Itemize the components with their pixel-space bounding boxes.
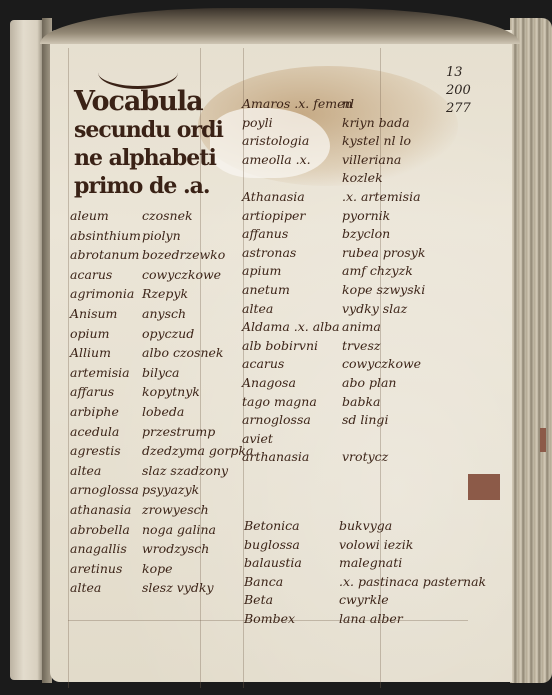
vernacular-gloss: .x. pastinaca pasternak (339, 574, 486, 589)
heading-line: ne alphabeti (74, 144, 223, 172)
ruling-line (68, 48, 69, 688)
latin-term: affarus (70, 384, 114, 399)
vernacular-gloss: anysch (142, 306, 186, 321)
top-curled-edge (40, 8, 520, 44)
vernacular-gloss: anima (342, 319, 381, 334)
latin-term: altea (70, 463, 101, 478)
latin-term: opium (70, 326, 109, 341)
latin-term: balaustia (244, 555, 302, 570)
vernacular-gloss: bzyclon (342, 226, 390, 241)
latin-term: athanasia (70, 502, 131, 517)
vernacular-gloss: przestrump (142, 424, 215, 439)
latin-term: arnoglossa (70, 482, 139, 497)
latin-term: agrestis (70, 443, 121, 458)
vernacular-gloss: cowyczkowe (342, 356, 421, 371)
folio-number: 277 (446, 100, 471, 118)
vernacular-gloss: slesz vydky (142, 580, 214, 595)
latin-term: aleum (70, 208, 109, 223)
vernacular-gloss: nl (342, 96, 354, 111)
vernacular-gloss: slaz szadzony (142, 463, 228, 478)
heading-line: secundu ordi (74, 116, 223, 144)
vernacular-gloss: volowi iezik (339, 537, 413, 552)
latin-term: acarus (70, 267, 112, 282)
vernacular-gloss: sd lingi (342, 412, 388, 427)
latin-term: anetum (242, 282, 290, 297)
vernacular-gloss: rubea prosyk (342, 245, 425, 260)
latin-term: artiopiper (242, 208, 305, 223)
vernacular-gloss: psyyazyk (142, 482, 199, 497)
vernacular-gloss: vrotycz (342, 449, 388, 464)
latin-term: Amaros .x. femen (242, 96, 353, 111)
fore-edge-leaves (510, 18, 552, 683)
latin-term: Athanasia (242, 189, 305, 204)
vernacular-gloss: pyornik (342, 208, 390, 223)
vernacular-gloss: amf chzyzk (342, 263, 413, 278)
leaf-marker (540, 428, 546, 452)
vernacular-gloss: lobeda (142, 404, 184, 419)
latin-term: Anisum (70, 306, 117, 321)
vernacular-gloss: cwyrkle (339, 592, 389, 607)
latin-term: Bombex (244, 611, 295, 626)
latin-term: aristologia (242, 133, 309, 148)
latin-term: acarus (242, 356, 284, 371)
manuscript-photo: Vocabula secundu ordi ne alphabeti primo… (10, 8, 552, 688)
vernacular-gloss: villeriana (342, 152, 401, 167)
vernacular-gloss: .x. artemisia (342, 189, 421, 204)
latin-term: ameolla .x. (242, 152, 311, 167)
folio-number: 200 (446, 82, 471, 100)
vernacular-gloss: kope szwyski (342, 282, 425, 297)
vernacular-gloss: abo plan (342, 375, 396, 390)
vernacular-gloss: bukvyga (339, 518, 392, 533)
vernacular-gloss: czosnek (142, 208, 193, 223)
latin-term: arbiphe (70, 404, 119, 419)
vernacular-gloss: Rzepyk (142, 286, 188, 301)
vernacular-gloss: piolyn (142, 228, 181, 243)
folio-numbers: 13 200 277 (446, 64, 471, 118)
vernacular-gloss: kriyn bada (342, 115, 410, 130)
vernacular-gloss: trvesz (342, 338, 380, 353)
latin-term: abrobella (70, 522, 130, 537)
vernacular-gloss: dzedzyma gorpka (142, 443, 253, 458)
latin-term: aretinus (70, 561, 122, 576)
latin-term: Allium (70, 345, 111, 360)
latin-term: Aldama .x. alba (242, 319, 340, 334)
latin-term: arnoglossa (242, 412, 311, 427)
vernacular-gloss: bozedrzewko (142, 247, 225, 262)
vernacular-gloss: babka (342, 394, 380, 409)
latin-term: poyli (242, 115, 273, 130)
latin-term: arthanasia (242, 449, 309, 464)
latin-term: alb bobirvni (242, 338, 318, 353)
vernacular-gloss: bilyca (142, 365, 180, 380)
latin-term: anagallis (70, 541, 127, 556)
latin-term: Banca (244, 574, 283, 589)
latin-term: aviet (242, 431, 273, 446)
vernacular-gloss: albo czosnek (142, 345, 224, 360)
folio-number: 13 (446, 64, 471, 82)
latin-term: Anagosa (242, 375, 296, 390)
latin-term: apium (242, 263, 281, 278)
latin-term: tago magna (242, 394, 317, 409)
vernacular-gloss: zrowyesch (142, 502, 209, 517)
vernacular-gloss: malegnati (339, 555, 402, 570)
latin-term: artemisia (70, 365, 130, 380)
vernacular-gloss: vydky slaz (342, 301, 407, 316)
heading-line: primo de .a. (74, 172, 223, 200)
vernacular-gloss: kystel nl lo (342, 133, 411, 148)
vernacular-gloss: kopytnyk (142, 384, 200, 399)
heading-line: Vocabula (74, 88, 223, 116)
heading: Vocabula secundu ordi ne alphabeti primo… (74, 88, 223, 200)
latin-term: Beta (244, 592, 273, 607)
vernacular-gloss: kope (142, 561, 173, 576)
latin-term: affanus (242, 226, 288, 241)
latin-term: altea (242, 301, 273, 316)
vernacular-gloss: kozlek (342, 170, 383, 185)
verso-page-edge (10, 20, 44, 680)
latin-term: abrotanum (70, 247, 139, 262)
red-leather-tab (468, 474, 500, 500)
latin-term: Betonica (244, 518, 300, 533)
latin-term: acedula (70, 424, 119, 439)
latin-term: absinthium (70, 228, 141, 243)
vernacular-gloss: noga galina (142, 522, 216, 537)
latin-term: astronas (242, 245, 296, 260)
latin-term: buglossa (244, 537, 300, 552)
vernacular-gloss: opyczud (142, 326, 194, 341)
latin-term: agrimonia (70, 286, 134, 301)
vernacular-gloss: lana alber (339, 611, 403, 626)
vernacular-gloss: wrodzysch (142, 541, 209, 556)
initial-flourish (98, 56, 178, 89)
latin-term: altea (70, 580, 101, 595)
vernacular-gloss: cowyczkowe (142, 267, 221, 282)
